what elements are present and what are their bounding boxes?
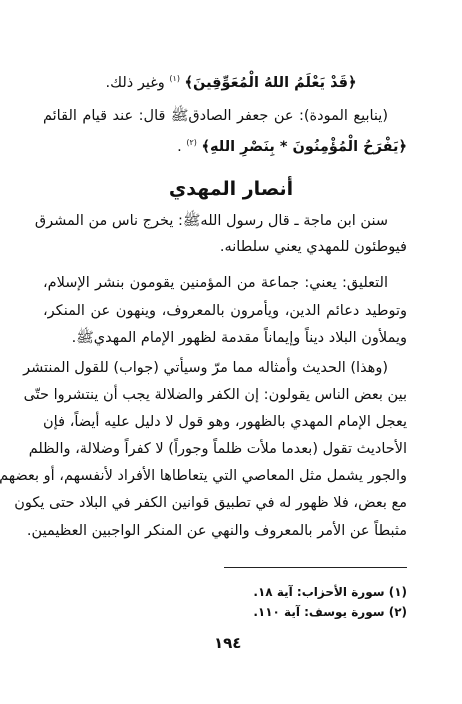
paragraph-3-line-7: مثبطاً عن الأمر بالمعروف والنهي عن المنك… (43, 521, 407, 541)
paragraph-3-line-1: (وهذا) الحديث وأمثاله مما مرّ وسيأتي (جو… (43, 358, 388, 378)
footnote-1: (١) سورة الأحزاب: آية ١٨. (253, 584, 407, 600)
footnote-2: (٢) سورة يوسف: آية ١١٠. (253, 604, 407, 620)
paragraph-2-line-2: وتوطيد دعائم الدين، ويأمرون بالمعروف، وي… (43, 301, 407, 321)
book-page: ﴿قَدْ يَعْلَمُ اللهُ الْمُعَوِّقِينَ﴾ (١… (0, 0, 462, 704)
section-heading: أنصار المهدي (0, 176, 462, 202)
paragraph-2-line-1: التعليق: يعني: جماعة من المؤمنين يقومون … (43, 273, 388, 293)
verse-end-punctuation: . (177, 139, 182, 155)
paragraph-3-line-6: مع بعض، فلا ظهور له في تطبيق قوانين الكف… (43, 493, 407, 513)
paragraph-3-line-3: يعجل الإمام المهدي بالظهور، وهو قول لا د… (43, 412, 407, 432)
footnote-ref-1: (١) (169, 74, 180, 83)
paragraph-2-line-3: ويملأون البلاد ديناً وإيماناً مقدمة لظهو… (43, 328, 407, 348)
verse-continuation-text: وغير ذلك. (106, 75, 165, 91)
page-number: ١٩٤ (214, 634, 241, 652)
paragraph-3-line-2: بين بعض الناس يقولون: إن الكفر والضلالة … (43, 385, 407, 405)
quran-verse-ahzab: ﴿قَدْ يَعْلَمُ اللهُ الْمُعَوِّقِينَ﴾ (185, 75, 357, 91)
quran-verse-rum: ﴿يَفْرَحُ الْمُؤْمِنُونَ * بِنَصْرِ الله… (201, 139, 407, 155)
quran-verse-line-2: ﴿يَفْرَحُ الْمُؤْمِنُونَ * بِنَصْرِ الله… (43, 133, 407, 153)
paragraph-3-line-5: والجور يشمل مثل المعاصي التي يتعاطاها ال… (43, 466, 407, 486)
paragraph-1-line-2: فيوطئون للمهدي يعني سلطانه. (43, 237, 407, 257)
paragraph-3-line-4: الأحاديث تقول (بعدما ملأت ظلماً وجوراً) … (43, 439, 407, 459)
yanabi-almawadda-line: (ينابيع المودة): عن جعفر الصادقﷺ قال: عن… (43, 106, 388, 126)
quran-verse-line-1: ﴿قَدْ يَعْلَمُ اللهُ الْمُعَوِّقِينَ﴾ (١… (0, 69, 462, 89)
footnote-separator (224, 567, 407, 568)
footnote-ref-2: (٢) (186, 138, 197, 147)
paragraph-1-line-1: سنن ابن ماجة ـ قال رسول اللهﷺ: يخرج ناس … (43, 211, 388, 231)
